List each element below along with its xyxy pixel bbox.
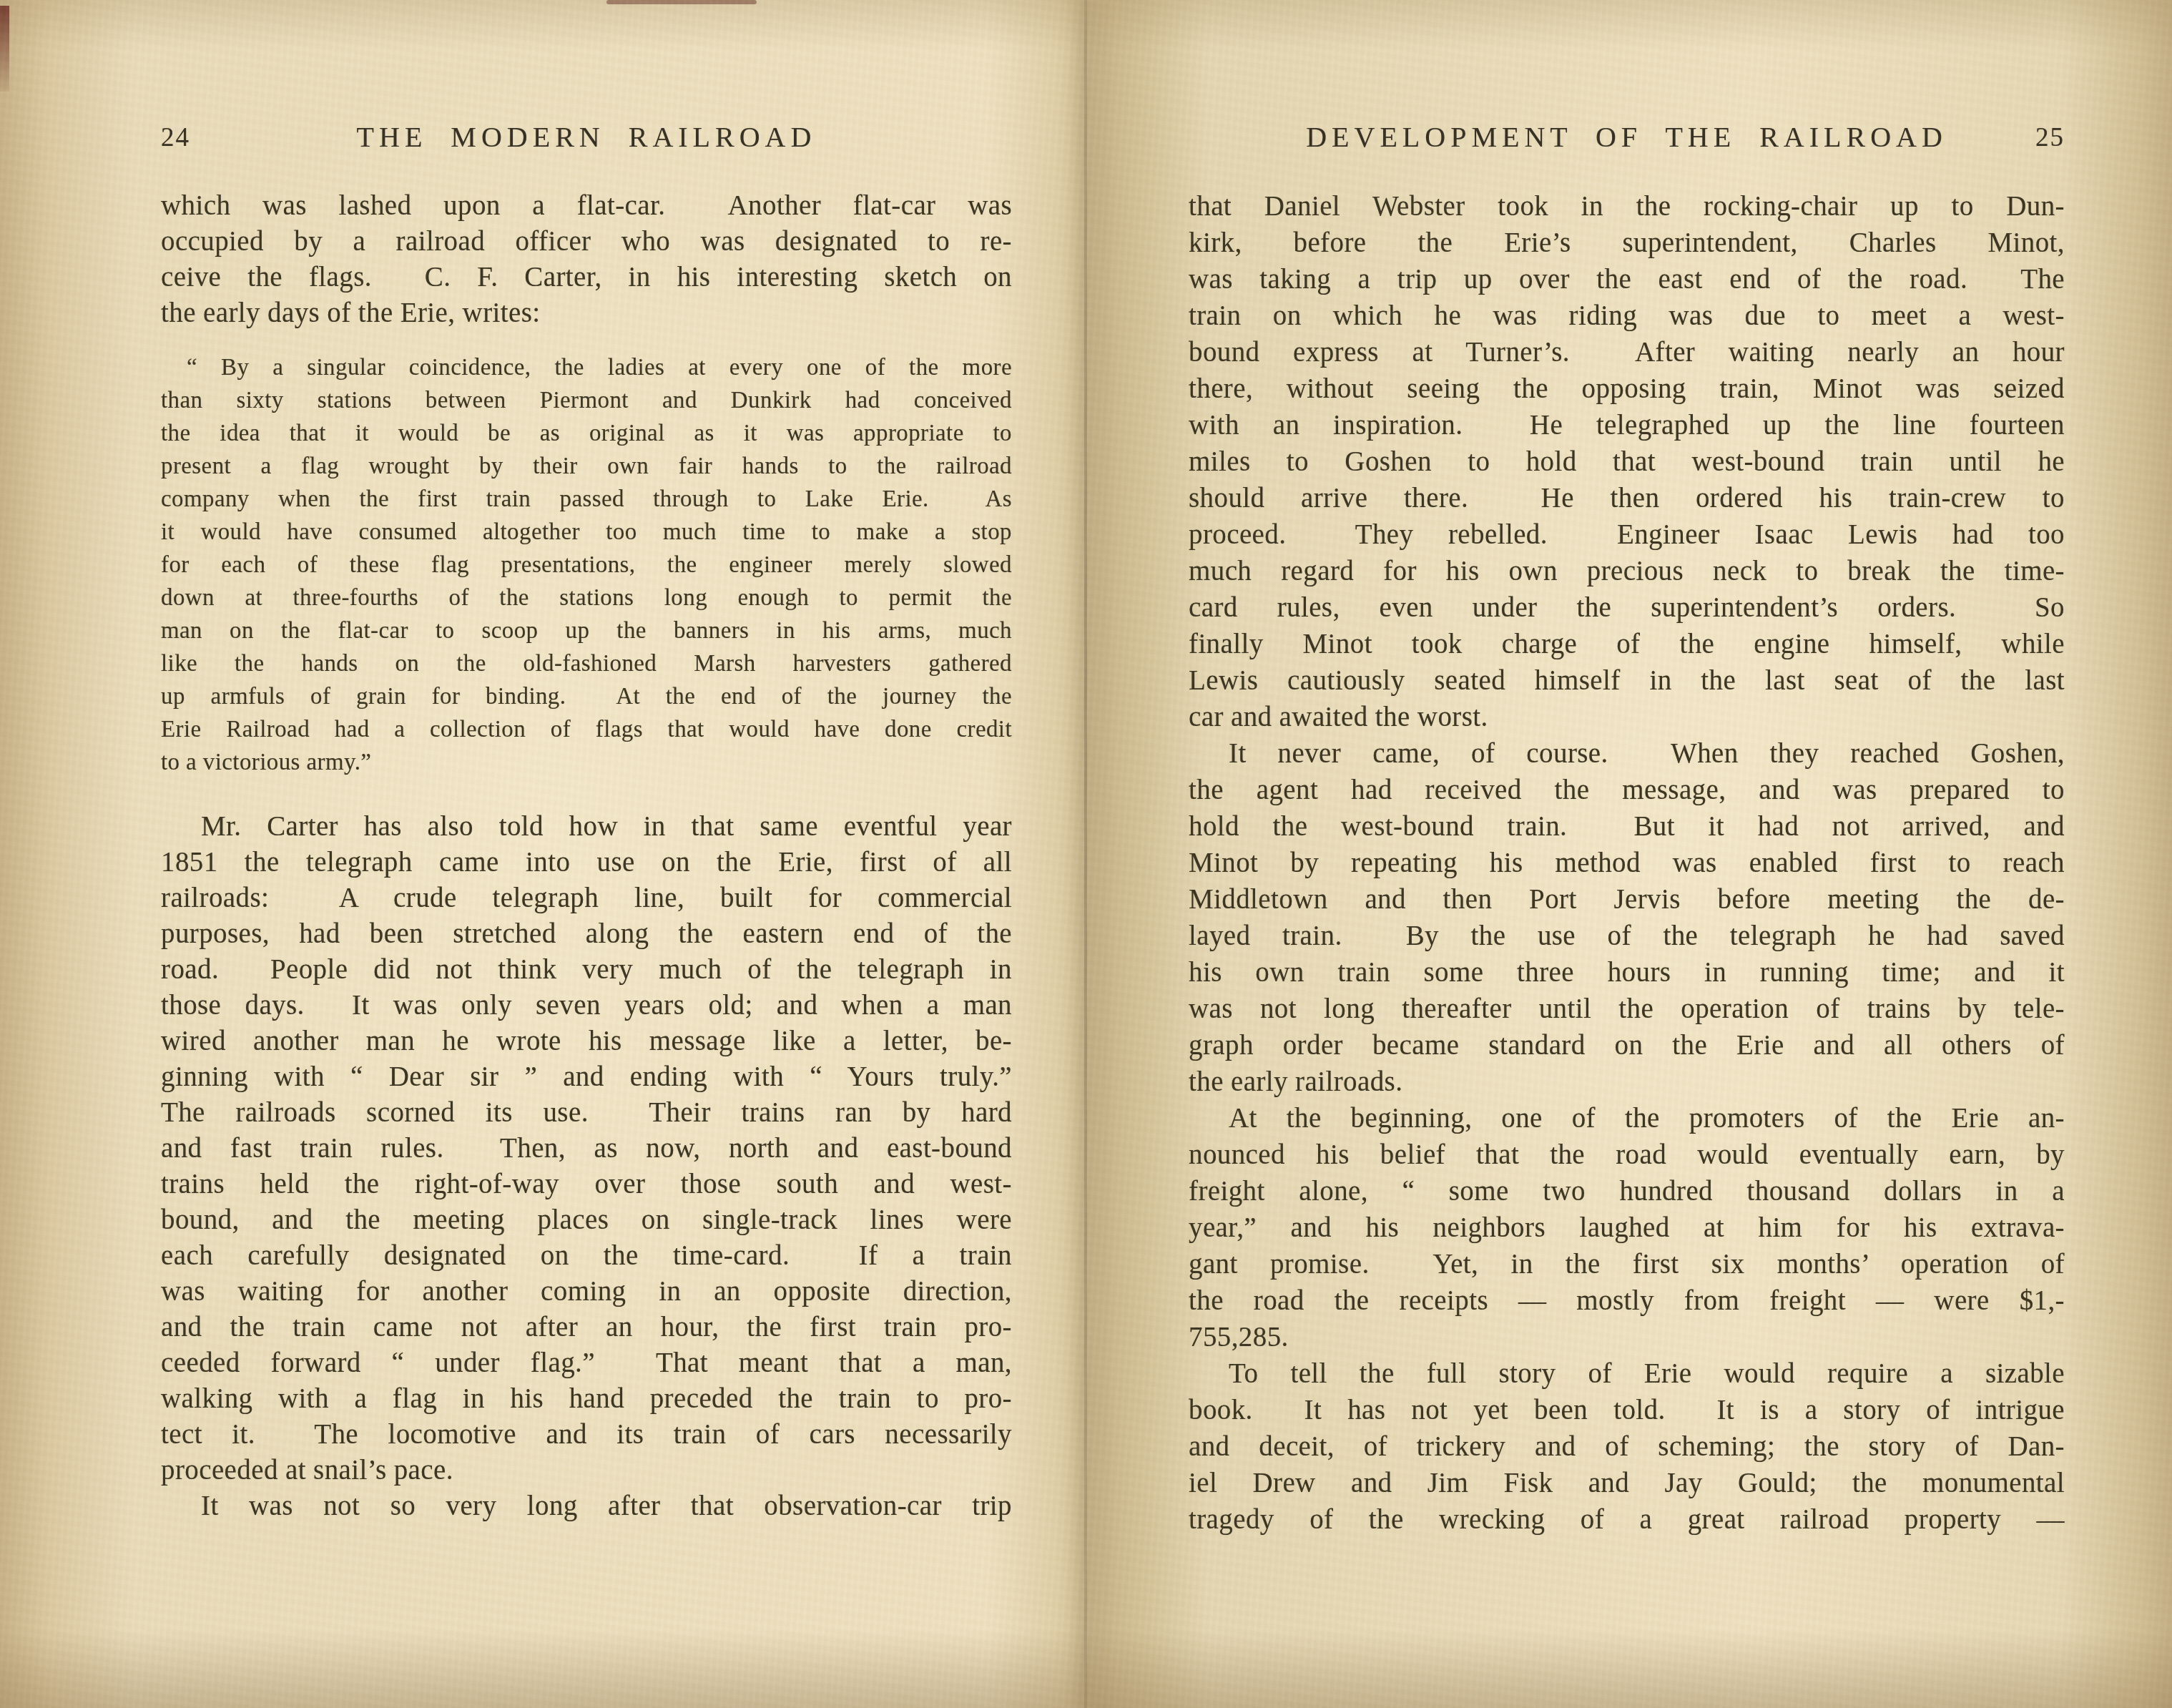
text-line: finally Minot took charge of the engine … (1189, 626, 2065, 662)
text-line: much regard for his own precious neck to… (1189, 553, 2065, 589)
paragraph: To tell the full story of Erie would req… (1189, 1355, 2065, 1538)
text-line: 755,285. (1189, 1319, 2065, 1355)
text-line: which was lashed upon a flat-car. Anothe… (161, 188, 1012, 224)
page-number-right: 25 (2035, 122, 2065, 153)
text-line: that Daniel Webster took in the rocking-… (1189, 188, 2065, 225)
text-line: proceeded at snail’s pace. (161, 1453, 1012, 1488)
text-line: ginning with “ Dear sir ” and ending wit… (161, 1059, 1012, 1095)
text-line: down at three-fourths of the stations lo… (161, 581, 1012, 614)
text-line: train on which he was riding was due to … (1189, 298, 2065, 334)
paragraph: At the beginning, one of the promoters o… (1189, 1100, 2065, 1355)
running-title-right: DEVELOPMENT OF THE RAILROAD (1306, 120, 1947, 154)
paragraph: that Daniel Webster took in the rocking-… (1189, 188, 2065, 735)
text-line: Erie Railroad had a collection of flags … (161, 713, 1012, 746)
text-line: and the train came not after an hour, th… (161, 1310, 1012, 1345)
text-line: book. It has not yet been told. It is a … (1189, 1392, 2065, 1428)
gutter-crease-shadow (1084, 0, 1087, 1708)
text-line: trains held the right-of-way over those … (161, 1167, 1012, 1202)
text-line: gant promise. Yet, in the first six mont… (1189, 1246, 2065, 1282)
text-line: purposes, had been stretched along the e… (161, 916, 1012, 952)
text-line: ceive the flags. C. F. Carter, in his in… (161, 260, 1012, 295)
text-line: Minot by repeating his method was enable… (1189, 845, 2065, 881)
text-line: each carefully designated on the time-ca… (161, 1238, 1012, 1274)
text-line: 1851 the telegraph came into use on the … (161, 845, 1012, 880)
text-line: iel Drew and Jim Fisk and Jay Gould; the… (1189, 1465, 2065, 1501)
text-line: tect it. The locomotive and its train of… (161, 1417, 1012, 1453)
text-line: there, without seeing the opposing train… (1189, 370, 2065, 407)
text-line: ceeded forward “ under flag.” That meant… (161, 1345, 1012, 1381)
paragraph: Mr. Carter has also told how in that sam… (161, 809, 1012, 1488)
text-line: was taking a trip up over the east end o… (1189, 261, 2065, 298)
text-line: with an inspiration. He telegraphed up t… (1189, 407, 2065, 443)
text-line: his own train some three hours in runnin… (1189, 954, 2065, 991)
text-line: the early days of the Erie, writes: (161, 295, 1012, 331)
text-line: and deceit, of trickery and of scheming;… (1189, 1428, 2065, 1465)
text-line: the agent had received the message, and … (1189, 772, 2065, 808)
right-text-column: that Daniel Webster took in the rocking-… (1189, 188, 2065, 1538)
scan-artifact-top-edge (606, 0, 757, 4)
text-line: tragedy of the wrecking of a great railr… (1189, 1501, 2065, 1538)
text-line: present a flag wrought by their own fair… (161, 450, 1012, 483)
text-line: Middletown and then Port Jervis before m… (1189, 881, 2065, 918)
text-line: those days. It was only seven years old;… (161, 988, 1012, 1024)
text-line: road. People did not think very much of … (161, 952, 1012, 988)
running-title-left: THE MODERN RAILROAD (357, 120, 817, 154)
page-edge-shading-top (0, 0, 2172, 50)
text-line: it would have consumed altogether too mu… (161, 516, 1012, 549)
text-line: nounced his belief that the road would e… (1189, 1137, 2065, 1173)
text-line: the idea that it would be as original as… (161, 417, 1012, 450)
text-line: up armfuls of grain for binding. At the … (161, 680, 1012, 713)
text-line: like the hands on the old-fashioned Mars… (161, 647, 1012, 680)
text-line: the early railroads. (1189, 1064, 2065, 1100)
text-line: Lewis cautiously seated himself in the l… (1189, 662, 2065, 699)
text-line: car and awaited the worst. (1189, 699, 2065, 735)
text-line: freight alone, “ some two hundred thousa… (1189, 1173, 2065, 1209)
text-line: year,” and his neighbors laughed at him … (1189, 1209, 2065, 1246)
text-line: company when the first train passed thro… (161, 483, 1012, 516)
text-line: wired another man he wrote his message l… (161, 1024, 1012, 1059)
text-line: It never came, of course. When they reac… (1189, 735, 2065, 772)
paragraph: which was lashed upon a flat-car. Anothe… (161, 188, 1012, 331)
text-line: was not long thereafter until the operat… (1189, 991, 2065, 1027)
text-line: occupied by a railroad officer who was d… (161, 224, 1012, 260)
text-line: The railroads scorned its use. Their tra… (161, 1095, 1012, 1131)
page-left: 24 THE MODERN RAILROAD which was lashed … (0, 0, 1116, 1708)
text-line: should arrive there. He then ordered his… (1189, 480, 2065, 516)
page-header-left: 24 THE MODERN RAILROAD (161, 120, 1012, 157)
text-line: miles to Goshen to hold that west-bound … (1189, 443, 2065, 480)
text-line: It was not so very long after that obser… (161, 1488, 1012, 1524)
text-line: To tell the full story of Erie would req… (1189, 1355, 2065, 1392)
book-spread: 24 THE MODERN RAILROAD which was lashed … (0, 0, 2172, 1708)
text-line: bound express at Turner’s. After waiting… (1189, 334, 2065, 370)
page-right: DEVELOPMENT OF THE RAILROAD 25 that Dani… (1116, 0, 2172, 1708)
text-line: and fast train rules. Then, as now, nort… (161, 1131, 1012, 1167)
page-number-left: 24 (161, 122, 190, 153)
text-line: At the beginning, one of the promoters o… (1189, 1100, 2065, 1137)
text-line: proceed. They rebelled. Engineer Isaac L… (1189, 516, 2065, 553)
text-line: the road the receipts — mostly from frei… (1189, 1282, 2065, 1319)
text-line: man on the flat-car to scoop up the bann… (161, 614, 1012, 647)
text-line: “ By a singular coincidence, the ladies … (161, 351, 1012, 384)
text-line: to a victorious army.” (161, 746, 1012, 779)
paragraph: It never came, of course. When they reac… (1189, 735, 2065, 1100)
text-line: hold the west-bound train. But it had no… (1189, 808, 2065, 845)
paragraph: It was not so very long after that obser… (161, 1488, 1012, 1524)
text-line: Mr. Carter has also told how in that sam… (161, 809, 1012, 845)
text-line: walking with a flag in his hand preceded… (161, 1381, 1012, 1417)
text-line: for each of these flag presentations, th… (161, 549, 1012, 581)
quoted-extract: “ By a singular coincidence, the ladies … (161, 351, 1012, 779)
text-line: was waiting for another coming in an opp… (161, 1274, 1012, 1310)
page-header-right: DEVELOPMENT OF THE RAILROAD 25 (1189, 120, 2065, 157)
text-line: than sixty stations between Piermont and… (161, 384, 1012, 417)
left-text-column: which was lashed upon a flat-car. Anothe… (161, 188, 1012, 1524)
text-line: layed train. By the use of the telegraph… (1189, 918, 2065, 954)
text-line: graph order became standard on the Erie … (1189, 1027, 2065, 1064)
text-line: card rules, even under the superintenden… (1189, 589, 2065, 626)
text-line: bound, and the meeting places on single-… (161, 1202, 1012, 1238)
scan-artifact-top-left (0, 6, 9, 92)
page-edge-shading-bottom (0, 1629, 2172, 1708)
text-line: kirk, before the Erie’s superintendent, … (1189, 225, 2065, 261)
text-line: railroads: A crude telegraph line, built… (161, 880, 1012, 916)
